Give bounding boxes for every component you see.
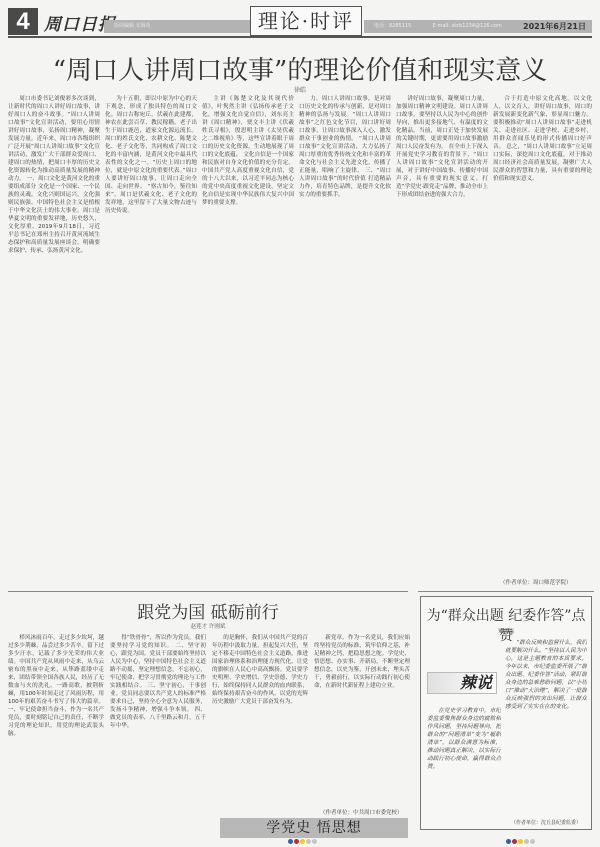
second-article-column-3: 的是胸怀，我们从中国共产党的百年历程中汲取力量，担起复兴大任，坚定不移走中国特色… [212, 634, 308, 814]
section-title: 理论·时评 [250, 6, 362, 36]
registration-dot [294, 839, 299, 844]
registration-dot [306, 839, 311, 844]
phone-text: 电话：8285115 [374, 20, 411, 33]
registration-dot [300, 839, 305, 844]
registration-dot [524, 839, 529, 844]
masthead: 4 周口日报 版面编辑 宋海英 理论·时评 电话：8285115 E-mail:… [8, 6, 592, 36]
registration-dot [288, 839, 293, 844]
paragraph: 周口市委书记刘俊彩多次谈到，让新时代的周口人讲好周口故事，讲好周口人的奋斗故事。… [8, 95, 100, 255]
main-article-column-4: 力。周口人讲周口故事，是对周口历史文化的传承与创新，是对周口精神的弘扬与发展。“… [299, 95, 391, 587]
paragraph: 力。周口人讲周口故事，是对周口历史文化的传承与创新，是对周口精神的弘扬与发展。“… [299, 95, 391, 199]
registration-dot [512, 839, 517, 844]
lashuo-column-logo: 辣说 [427, 672, 497, 694]
page-number: 4 [8, 8, 38, 35]
color-registration-marks [288, 839, 317, 845]
section-divider-right [418, 591, 594, 592]
paragraph: 新党章。作为一名党员，我们应始终坚持党员的标准，筑牢信仰之基，补足精神之钙，把稳… [314, 634, 410, 690]
registration-dot [506, 839, 511, 844]
main-article-column-5: 讲好周口故事，凝聚周口力量，加强周口精神文明建设。周口人讲周口故事，要坚持以人民… [396, 95, 488, 587]
second-article-column-1: 栉风沐雨百年，走过多少坎坷，越过多少荆棘，品尝过多少苦辛。留下过多少汗水，记载了… [8, 634, 104, 834]
commentary-byline: 郑森森 [421, 627, 591, 635]
editor-bar: 版面编辑 宋海英 [104, 20, 250, 33]
registration-dot [312, 839, 317, 844]
second-byline: 赵莲才 许刚斌 [8, 622, 408, 630]
commentary-right-column: “群众反映和监督什么，我们就要解决什么。”坚持以人民为中心，这是主题教育的本质要… [505, 639, 587, 819]
paragraph: 的是胸怀，我们从中国共产党的百年历程中汲取力量，担起复兴大任，坚定不移走中国特色… [212, 634, 308, 706]
study-party-history-banner: 学党史 悟思想 [220, 818, 408, 838]
paragraph: 在党史学习教育中，市纪委监委聚焦群众身边的腐败和作风问题，坚持问题导向，把群众的… [427, 707, 501, 771]
section-divider [8, 591, 408, 592]
commentary-left-column: 在党史学习教育中，市纪委监委聚焦群众身边的腐败和作风问题，坚持问题导向，把群众的… [427, 707, 501, 817]
registration-dot [518, 839, 523, 844]
commentary-author-affiliation: （作者单位：沈丘县纪委监委） [511, 819, 581, 826]
registration-dot [530, 839, 535, 844]
main-headline: “周口人讲周口故事”的理论价值和现实意义 [0, 50, 600, 87]
paragraph: “群众反映和监督什么，我们就要解决什么。”坚持以人民为中心，这是主题教育的本质要… [505, 639, 587, 711]
masthead-divider [8, 36, 592, 38]
main-author-affiliation: （作者单位：周口师范学院） [500, 578, 572, 586]
contact-bar: 电话：8285115 E-mail: zkrb1234@126.com 2021… [364, 20, 592, 33]
second-article-column-2: 得“铁骨骨”，所以作为党员，我们要坚持学习党的知识。 二、坚守初心，跟党为国。党… [110, 634, 206, 834]
paragraph: 合于打造中原文化高地。以文化人，以文育人，讲好周口故事，周口的新发展新变化新气象… [493, 95, 592, 183]
issue-date: 2021年6月21日 [523, 20, 586, 33]
commentary-box: 为“群众出题 纪委作答”点赞 郑森森 “群众反映和监督什么，我们就要解决什么。”… [420, 596, 592, 830]
second-article-column-4: 新党章。作为一名党员，我们应始终坚持党员的标准，筑牢信仰之基，补足精神之钙，把稳… [314, 634, 410, 804]
paragraph: 为十五朝，即以中原为中心的天下观念，形成了独具特色的周口文化。周口古称宛丘，伏羲… [105, 95, 197, 215]
paragraph: 主讲《陈楚文化及其现代价值》，叶隽然主讲《弘扬传承老子文化，增强文化自觉自信》，… [202, 95, 294, 207]
paragraph: 得“铁骨骨”，所以作为党员，我们要坚持学习党的知识。 二、坚守初心，跟党为国。党… [110, 634, 206, 730]
main-article-column-2: 为十五朝，即以中原为中心的天下观念，形成了独具特色的周口文化。周口古称宛丘，伏羲… [105, 95, 197, 587]
paragraph: 讲好周口故事，凝聚周口力量，加强周口精神文明建设。周口人讲周口故事，要坚持以人民… [396, 95, 488, 199]
paragraph: 栉风沐雨百年，走过多少坎坷，越过多少荆棘，品尝过多少苦辛。留下过多少汗水，记载了… [8, 634, 104, 738]
main-byline: 徐皓 [0, 85, 600, 94]
main-article-column-3: 主讲《陈楚文化及其现代价值》，叶隽然主讲《弘扬传承老子文化，增强文化自觉自信》，… [202, 95, 294, 587]
email-text: E-mail: zkrb1234@126.com [433, 20, 502, 33]
second-headline: 跟党为国 砥砺前行 [8, 598, 408, 623]
color-registration-marks-right [506, 839, 535, 845]
main-article-column-1: 周口市委书记刘俊彩多次谈到，让新时代的周口人讲好周口故事，讲好周口人的奋斗故事。… [8, 95, 100, 587]
main-article-column-6: 合于打造中原文化高地。以文化人，以文育人，讲好周口故事，周口的新发展新变化新气象… [493, 95, 592, 565]
second-author-affiliation: （作者单位：中共周口市委党校） [320, 808, 403, 816]
